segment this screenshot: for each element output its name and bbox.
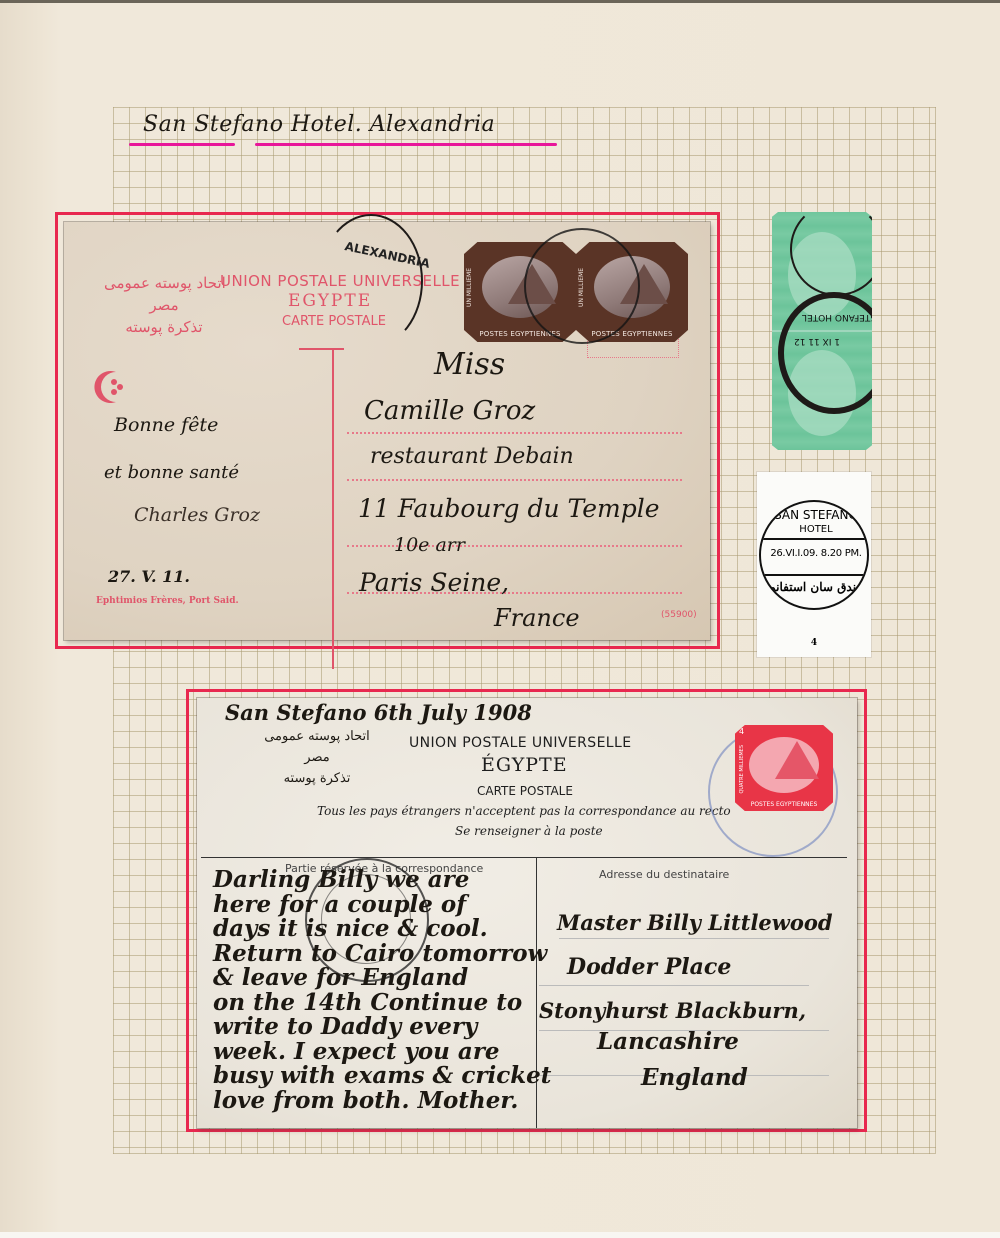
postcard-1: اتحاد پوسته عمومی مصر تذكرة پوسته UNION … [64, 222, 710, 640]
stamp-4-milliemes: 4 QUATRE MILLIEMES POSTES EGYPTIENNES [735, 725, 833, 811]
union-heading: UNION POSTALE UNIVERSELLE [409, 735, 631, 751]
message-line: Return to Cairo tomorrow [213, 942, 551, 967]
notice-text: Se renseigner à la poste [455, 824, 603, 838]
cancellation-example-slip: SAN STEFANO HOTEL 26.VI.I.09. 8.20 PM. ف… [757, 472, 871, 657]
address-line-text: Paris Seine, [359, 568, 509, 597]
arabic-line: اتحاد پوسته عمومی [257, 726, 377, 747]
notice-text: Tous les pays étrangers n'acceptent pas … [317, 804, 731, 818]
horizontal-rule [201, 857, 847, 858]
message-line: on the 14th Continue to [213, 991, 551, 1016]
address-line [559, 938, 829, 939]
album-page: San Stefano Hotel. Alexandria اتحاد پوست… [0, 0, 1000, 1238]
address-line-text: restaurant Debain [370, 444, 574, 469]
arabic-line: تذكرة پوسته [104, 316, 224, 338]
country-heading: ÉGYPTE [481, 754, 568, 776]
address-line [347, 479, 682, 481]
message-line: week. I expect you are [213, 1040, 551, 1065]
slip-number: 4 [757, 638, 871, 648]
page-title: San Stefano Hotel. Alexandria [143, 112, 495, 137]
stamp-label: POSTES EGYPTIENNES [735, 801, 833, 808]
address-line-text: Lancashire [597, 1028, 739, 1055]
address-line-text: Miss [434, 347, 505, 382]
postmark-date: 26.VI.I.09. 8.20 PM. [761, 548, 869, 559]
crescent-star-icon [90, 368, 128, 406]
arabic-header: اتحاد پوسته عمومی مصر تذكرة پوسته [257, 726, 377, 789]
page-bottom-edge [0, 1232, 1000, 1238]
arabic-line: اتحاد پوسته عمومی [104, 272, 224, 294]
signature: Charles Groz [134, 504, 260, 526]
card-type-heading: CARTE POSTALE [477, 784, 573, 798]
title-underline [255, 143, 557, 146]
message-line: & leave for England [213, 966, 551, 991]
address-line-text: Stonyhurst Blackburn, [539, 998, 806, 1023]
message-line: write to Daddy every [213, 1015, 551, 1040]
card-divider [332, 349, 334, 669]
address-line-text: Camille Groz [364, 396, 535, 426]
address-line [539, 985, 809, 986]
arabic-header: اتحاد پوسته عمومی مصر تذكرة پوسته [104, 272, 224, 338]
handwritten-header: San Stefano 6th July 1908 [225, 700, 532, 725]
postmark-date: 1 IX 11 12 [794, 336, 840, 346]
address-line-text: England [641, 1064, 748, 1091]
postmark-arabic: فندق سان استفانو [761, 580, 869, 594]
message-line: Bonne fête [114, 414, 218, 436]
header-rule [299, 348, 344, 350]
postmark-alexandria [319, 214, 423, 348]
arabic-line: مصر [104, 294, 224, 316]
address-line-text: Dodder Place [567, 954, 731, 980]
address-heading: Adresse du destinataire [599, 868, 729, 881]
postmark-arc-text: SAN STEFANO [761, 508, 869, 522]
address-line [347, 432, 682, 434]
address-line-text: 10e arr [394, 534, 465, 556]
message-line: et bonne santé [104, 462, 239, 483]
address-line-text: France [494, 604, 580, 632]
page-top-edge [0, 0, 1000, 3]
message-line: love from both. Mother. [213, 1089, 551, 1114]
arabic-line: تذكرة پوسته [257, 768, 377, 789]
handwritten-date: 27. V. 11. [108, 567, 190, 586]
catalog-number: (55900) [661, 610, 697, 620]
green-stamp-pair: SAN STEFANO HOTEL 1 IX 11 12 [772, 212, 872, 450]
message-line: Darling Billy we are [213, 868, 551, 893]
message-line: busy with exams & cricket [213, 1064, 551, 1089]
publisher-imprint: Ephtimios Frères, Port Said. [96, 596, 239, 606]
address-line-text: Master Billy Littlewood [557, 910, 833, 935]
stamp-denomination: QUATRE MILLIEMES [739, 745, 745, 794]
arabic-line: مصر [257, 747, 377, 768]
message-block: Darling Billy we are here for a couple o… [213, 868, 551, 1113]
postmark-partial [790, 202, 884, 296]
message-line: days it is nice & cool. [213, 917, 551, 942]
address-line-text: 11 Faubourg du Temple [358, 494, 660, 523]
title-underline [129, 143, 235, 146]
postmark-cancel [524, 228, 640, 344]
postmark-hotel-text: HOTEL [761, 524, 869, 535]
message-line: here for a couple of [213, 893, 551, 918]
cancellation-postmark: SAN STEFANO HOTEL 26.VI.I.09. 8.20 PM. ف… [759, 500, 869, 610]
